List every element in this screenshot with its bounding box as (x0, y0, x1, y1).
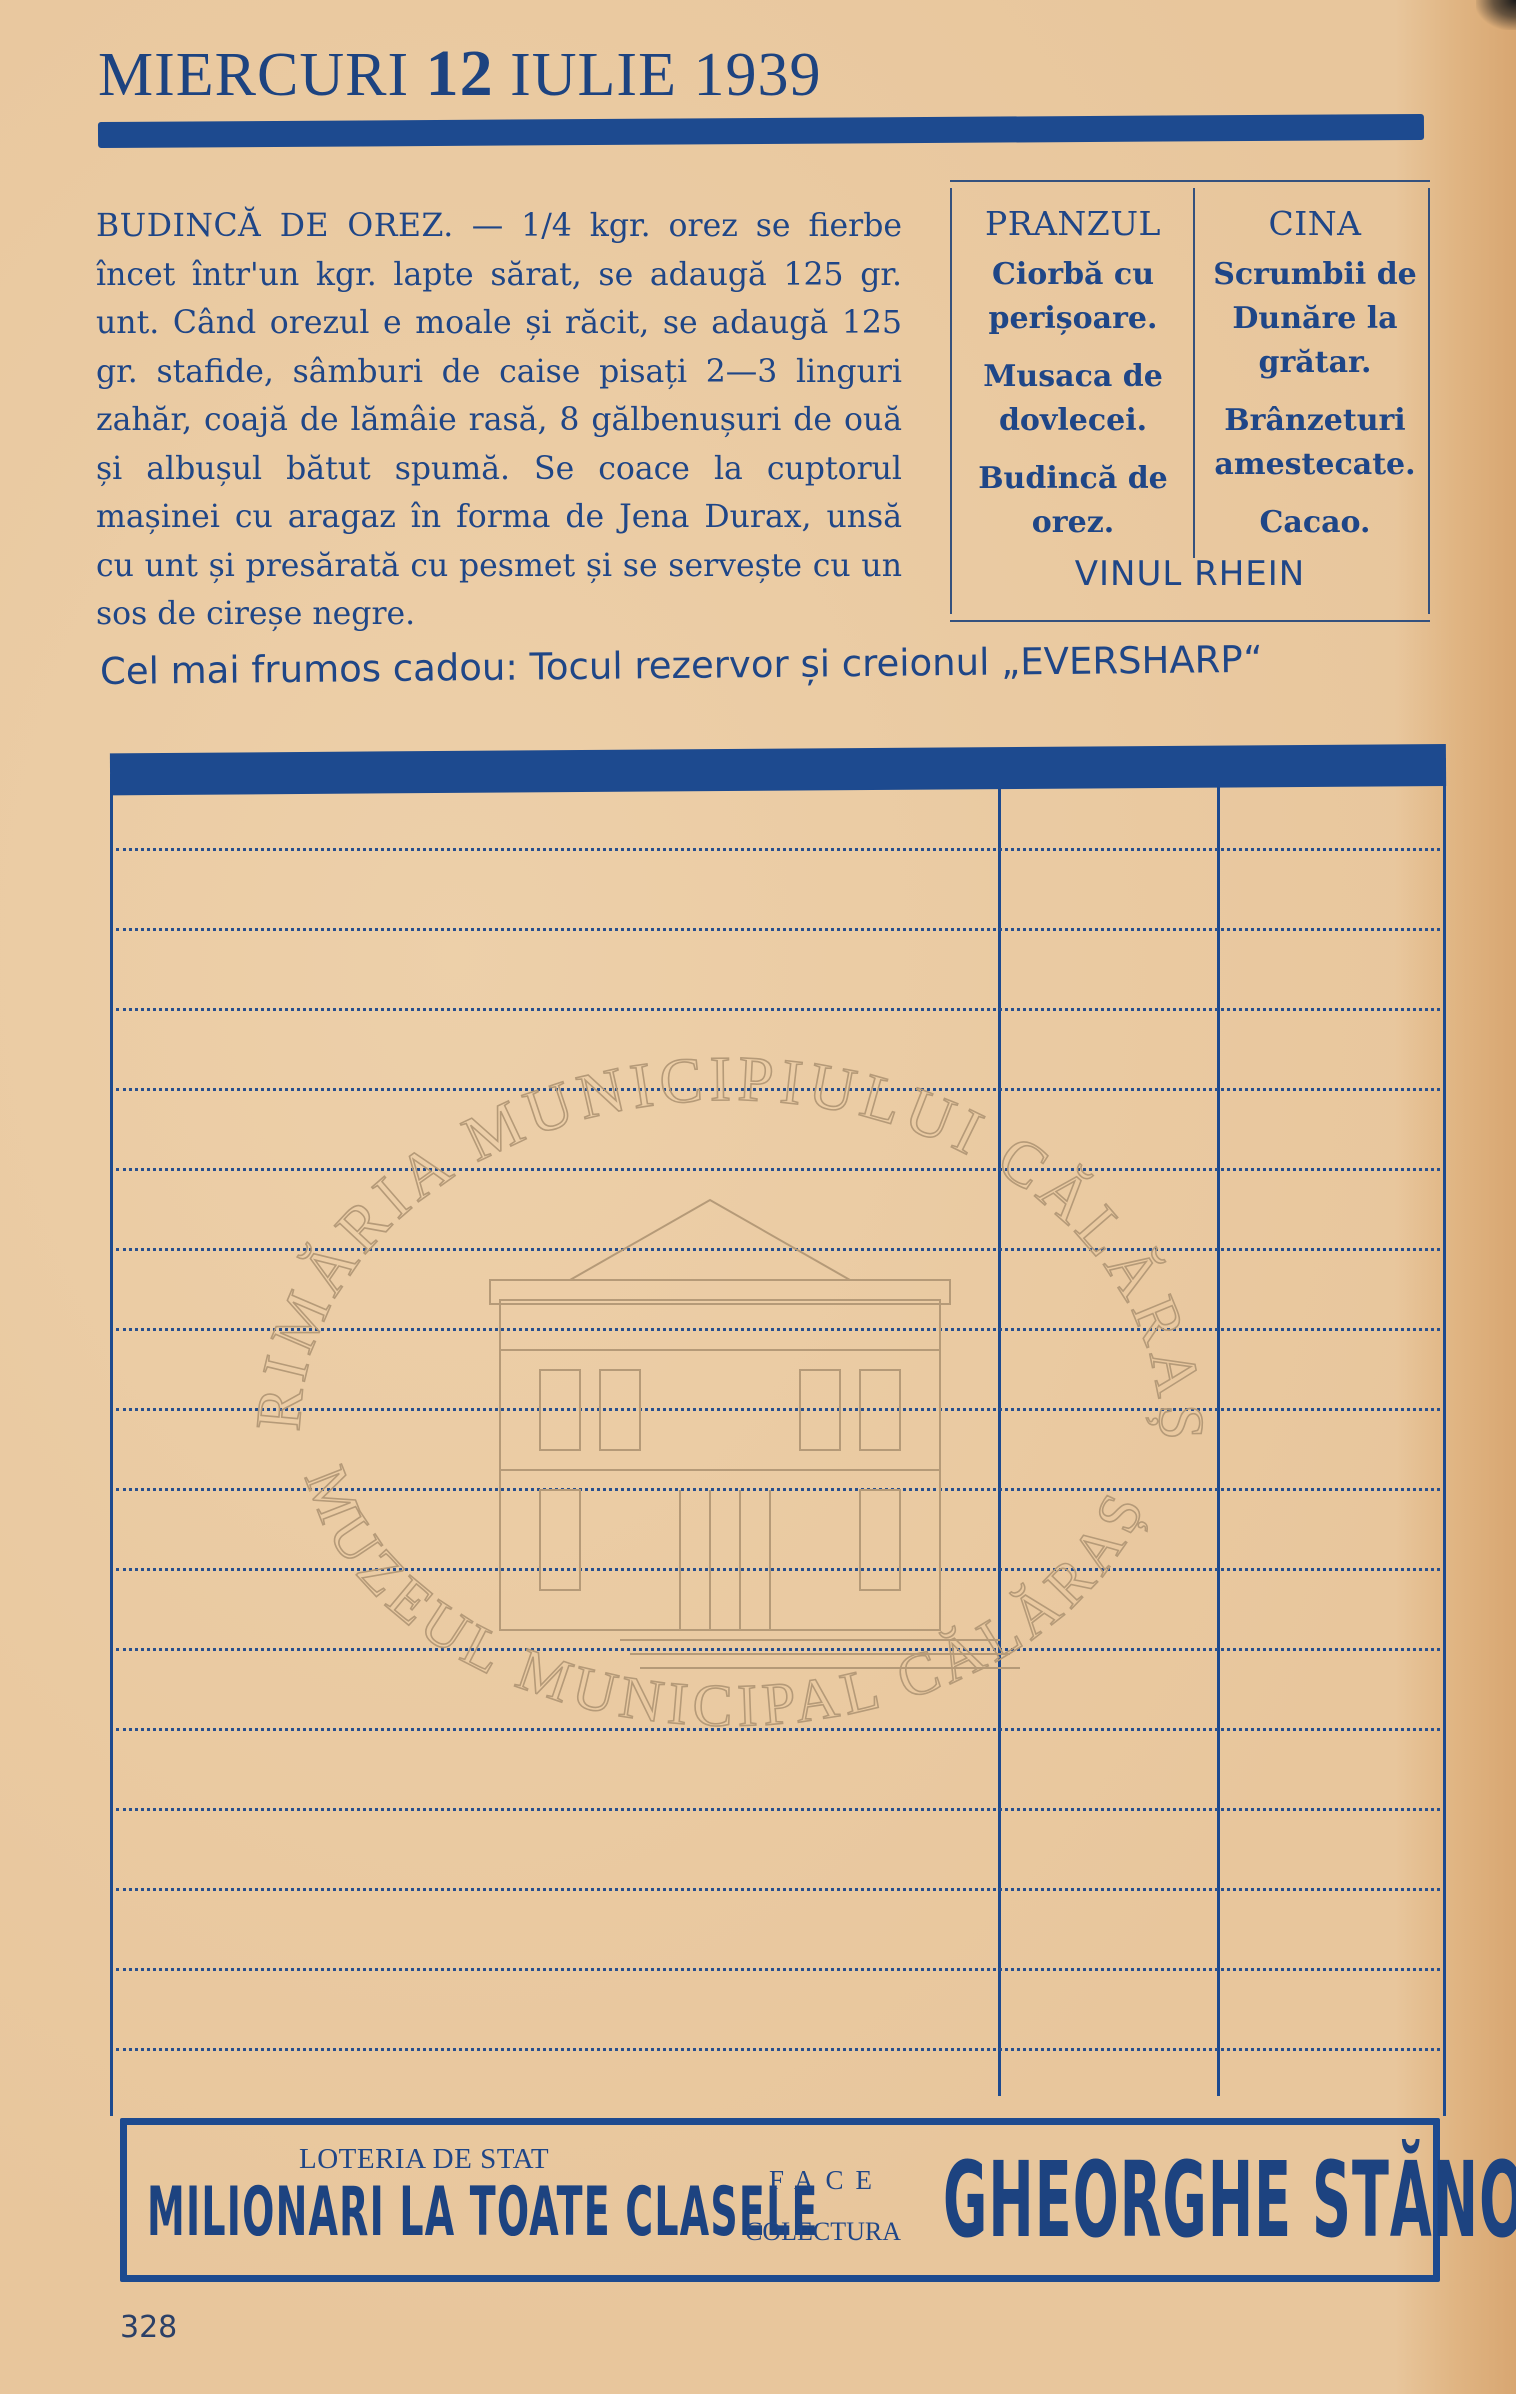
month-year: IULIE 1939 (510, 41, 821, 109)
lunch-item: Ciorbă cu perișoare. (958, 253, 1188, 341)
day-number: 12 (426, 37, 494, 110)
menu-lunch: PRANZUL Ciorbă cu perișoare. Musaca de d… (958, 204, 1188, 559)
ad-slogan: MILIONARI LA TOATE CLASELE (147, 2173, 819, 2252)
ruled-line[interactable] (116, 2048, 1440, 2051)
ruled-line[interactable] (116, 1568, 1440, 1571)
ruled-line[interactable] (116, 1728, 1440, 1731)
dinner-item: Brânzeturi amestecate. (1200, 399, 1430, 487)
promo-line: Cel mai frumos cadou: Tocul rezervor și … (100, 638, 1263, 693)
ruled-line[interactable] (116, 1088, 1440, 1091)
ruled-line[interactable] (116, 928, 1440, 931)
page-number: 328 (120, 2310, 177, 2345)
weekday: MIERCURI (98, 41, 409, 109)
ruled-line[interactable] (116, 1888, 1440, 1891)
dinner-item: Cacao. (1200, 501, 1430, 545)
wine-recommendation: VINUL RHEIN (950, 554, 1430, 594)
lunch-item: Musaca de dovlecei. (958, 355, 1188, 443)
menu-border-left (950, 188, 952, 614)
recipe-paragraph: BUDINCĂ DE OREZ. — 1/4 kgr. orez se fier… (96, 202, 902, 639)
menu-divider (1193, 188, 1195, 558)
recipe-text: — 1/4 kgr. orez se fierbe încet într'un … (96, 208, 902, 632)
dinner-heading: CINA (1200, 204, 1430, 243)
ruled-line[interactable] (116, 1328, 1440, 1331)
ruled-line[interactable] (116, 1248, 1440, 1251)
ruled-line[interactable] (116, 1488, 1440, 1491)
column-divider-1 (998, 774, 1001, 2096)
column-divider-2 (1217, 774, 1220, 2096)
table-header-bar (110, 744, 1446, 795)
ruled-line[interactable] (116, 1168, 1440, 1171)
lottery-advertisement: LOTERIA DE STAT MILIONARI LA TOATE CLASE… (120, 2118, 1440, 2282)
ad-lottery-title: LOTERIA DE STAT (299, 2143, 549, 2176)
lunch-heading: PRANZUL (958, 204, 1188, 243)
page-corner-shadow (1476, 0, 1516, 30)
ruled-line[interactable] (116, 1968, 1440, 1971)
ad-colectura-label: COLECTURA (745, 2217, 901, 2247)
recipe-title: BUDINCĂ DE OREZ. (96, 208, 454, 244)
date-heading: MIERCURI 12 IULIE 1939 (98, 36, 821, 112)
lunch-item: Budincă de orez. (958, 457, 1188, 545)
table-border-right (1443, 758, 1446, 2116)
ruled-line[interactable] (116, 1008, 1440, 1011)
notes-table (110, 744, 1446, 2116)
menu-dinner: CINA Scrumbii de Dunăre la grătar. Brânz… (1200, 204, 1430, 559)
table-border-left (110, 774, 113, 2116)
menu-box: PRANZUL Ciorbă cu perișoare. Musaca de d… (950, 180, 1430, 622)
ruled-line[interactable] (116, 848, 1440, 851)
ad-agent-name: GHEORGHE STĂNOIU (943, 2139, 1516, 2261)
ad-face-label: FACE (769, 2165, 884, 2196)
heading-rule (98, 114, 1424, 148)
ruled-line[interactable] (116, 1408, 1440, 1411)
dinner-item: Scrumbii de Dunăre la grătar. (1200, 253, 1430, 385)
ruled-line[interactable] (116, 1808, 1440, 1811)
ruled-line[interactable] (116, 1648, 1440, 1651)
